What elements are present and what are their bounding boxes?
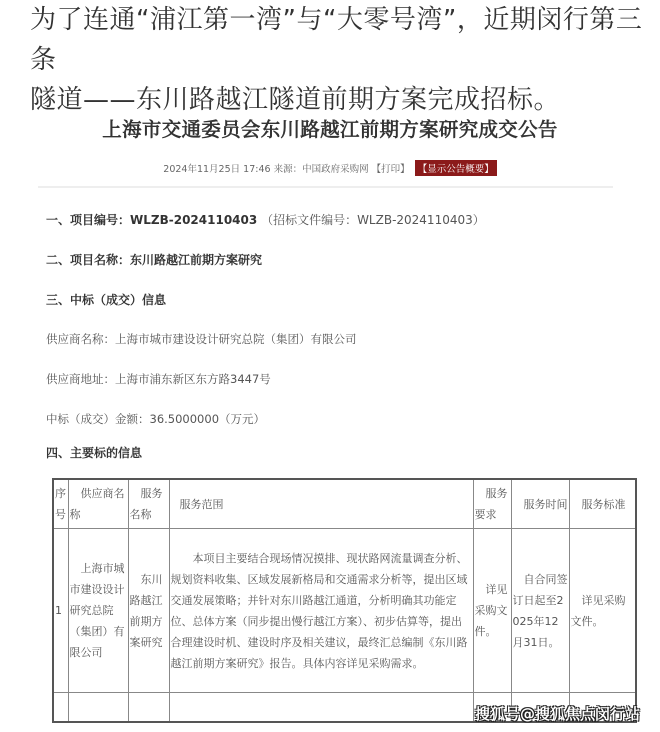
table-row: 1 上海市城市建设设计研究总院（集团）有限公司 东川路越江前期方案研究 本项目主… (53, 529, 636, 693)
project-number-value: WLZB-2024110403 (130, 213, 257, 227)
header-supplier: 供应商名称 (68, 479, 128, 529)
source-label: 来源： (274, 164, 303, 175)
empty-cell (53, 693, 68, 723)
header-service-name: 服务名称 (128, 479, 169, 529)
cell-supplier: 上海市城市建设设计研究总院（集团）有限公司 (68, 529, 128, 693)
intro-line-1: 为了连通“浦江第一湾”与“大零号湾”，近期闵行第三条 (30, 0, 650, 80)
project-number-label: 一、项目编号： (46, 213, 130, 227)
project-name-value: 东川路越江前期方案研究 (130, 253, 262, 267)
header-service-scope: 服务范围 (169, 479, 473, 529)
empty-cell (169, 693, 473, 723)
show-summary-button[interactable]: 【显示公告概要】 (415, 160, 497, 176)
print-link[interactable]: 【打印】 (372, 164, 410, 175)
project-name-label: 二、项目名称： (46, 253, 130, 267)
header-no: 序号 (53, 479, 68, 529)
main-items-heading: 四、主要标的信息 (46, 446, 142, 460)
table-header-row: 序号 供应商名称 服务名称 服务范围 服务要求 服务时间 服务标准 (53, 479, 636, 529)
section-award-info: 三、中标（成交）信息 (46, 291, 166, 308)
header-service-requirement: 服务要求 (473, 479, 511, 529)
header-service-standard: 服务标准 (569, 479, 636, 529)
publish-datetime: 2024年11月25日 17:46 (163, 164, 270, 175)
section-project-number: 一、项目编号：WLZB-2024110403 （招标文件编号：WLZB-2024… (46, 211, 485, 228)
main-items-table: 序号 供应商名称 服务名称 服务范围 服务要求 服务时间 服务标准 1 上海市城… (52, 478, 637, 723)
supplier-address: 供应商地址：上海市浦东新区东方路3447号 (46, 371, 271, 387)
tender-doc-number: （招标文件编号：WLZB-2024110403） (261, 213, 485, 227)
section-project-name: 二、项目名称：东川路越江前期方案研究 (46, 251, 262, 268)
section-main-items: 四、主要标的信息 (46, 444, 142, 461)
header-service-time: 服务时间 (511, 479, 569, 529)
empty-cell (128, 693, 169, 723)
cell-service-name: 东川路越江前期方案研究 (128, 529, 169, 693)
cell-service-time: 自合同签订日起至2025年12月31日。 (511, 529, 569, 693)
notice-title: 上海市交通委员会东川路越江前期方案研究成交公告 (0, 114, 660, 142)
source-name: 中国政府采购网 (302, 164, 369, 175)
empty-cell (68, 693, 128, 723)
cell-service-requirement: 详见采购文件。 (473, 529, 511, 693)
award-amount: 中标（成交）金额：36.5000000（万元） (46, 411, 265, 427)
award-info-heading: 三、中标（成交）信息 (46, 293, 166, 307)
cell-service-scope: 本项目主要结合现场情况摸排、现状路网流量调查分析、规划资料收集、区域发展新格局和… (169, 529, 473, 693)
notice-meta: 2024年11月25日 17:46 来源：中国政府采购网 【打印】 【显示公告概… (0, 160, 660, 176)
watermark: 搜狐号@搜狐焦点闵行站 (475, 703, 640, 724)
article-intro: 为了连通“浦江第一湾”与“大零号湾”，近期闵行第三条 隧道——东川路越江隧道前期… (30, 0, 650, 120)
supplier-name: 供应商名称：上海市城市建设设计研究总院（集团）有限公司 (46, 331, 357, 347)
header-divider (38, 186, 613, 188)
cell-service-standard: 详见采购文件。 (569, 529, 636, 693)
cell-no: 1 (53, 529, 68, 693)
